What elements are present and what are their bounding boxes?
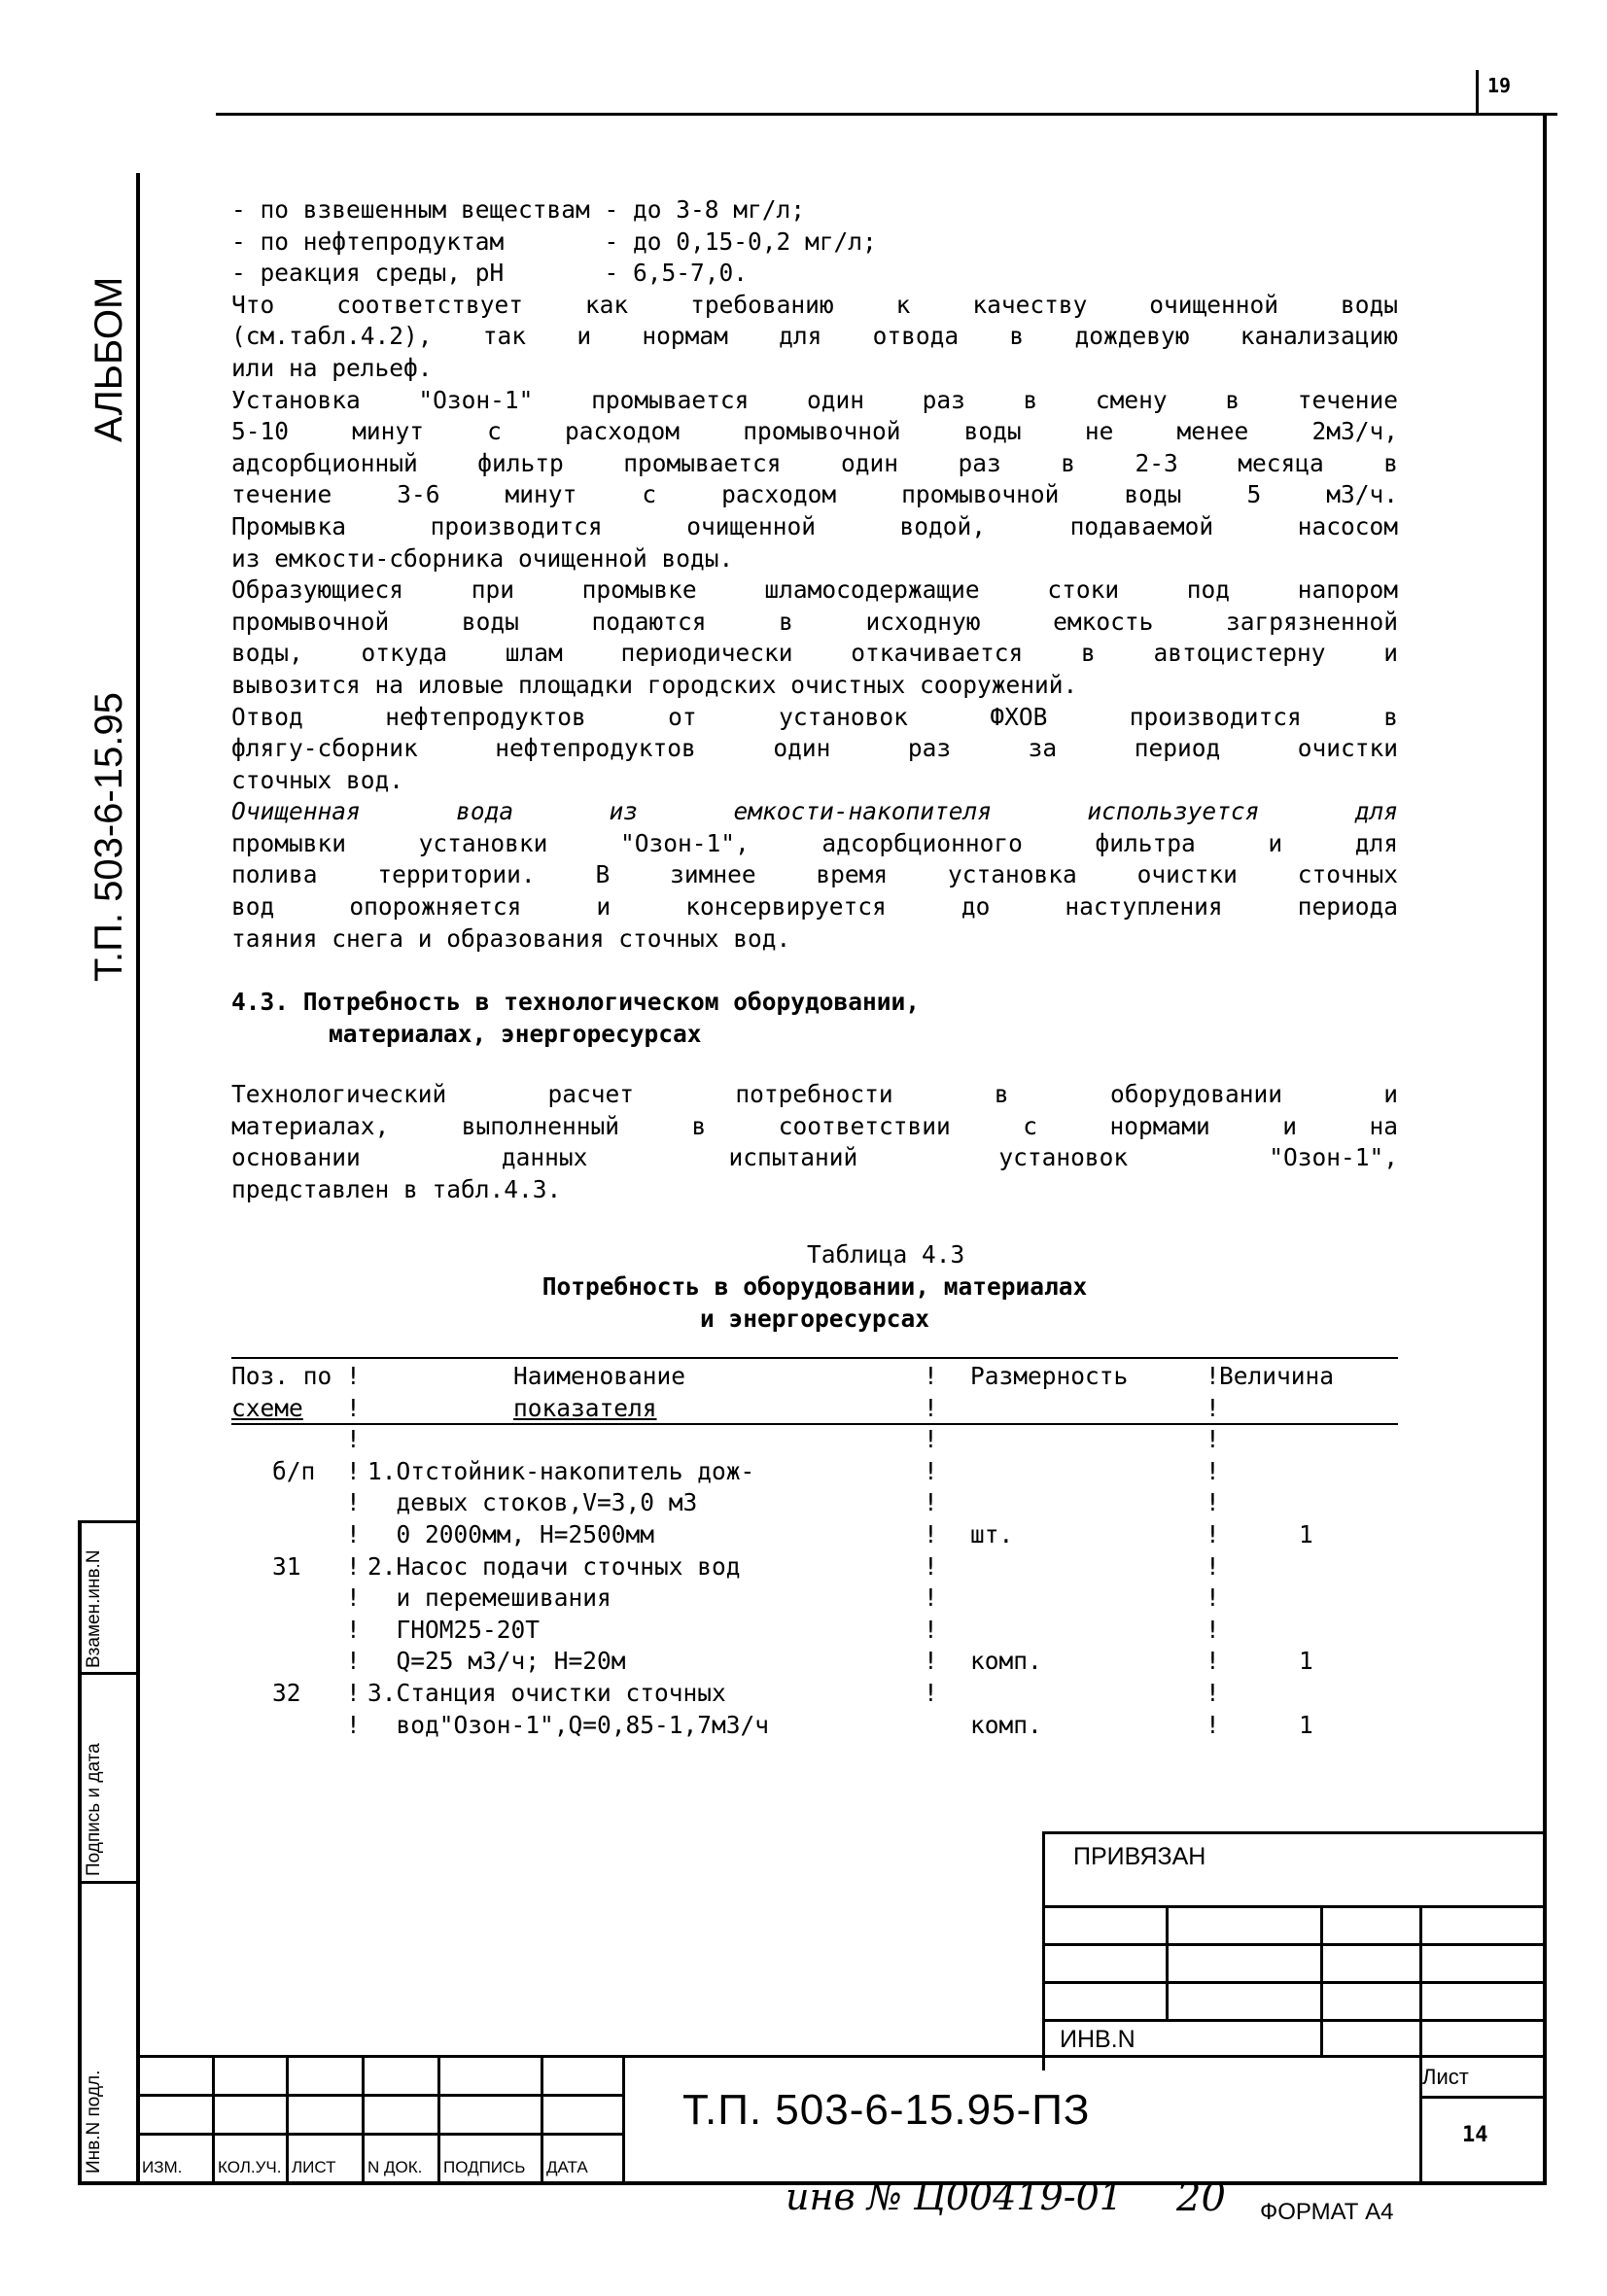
document-body: - по взвешенным веществам - до 3-8 мг/л;…: [231, 194, 1398, 955]
paragraph-line: Что соответствует как требованию к качес…: [231, 290, 1398, 322]
revision-column-label: ИЗМ.: [142, 2158, 182, 2177]
sheet-label: Лист: [1422, 2065, 1469, 2090]
cell-name: и перемешивания: [367, 1583, 611, 1615]
criteria-oil: - по нефтепродуктам - до 0,15-0,2 мг/л;: [231, 226, 1398, 259]
table-row: 32!3.Станция очистки сточных!!: [231, 1678, 1398, 1710]
cell-value: 1: [1299, 1710, 1313, 1742]
intro-line: представлен в табл.4.3.: [231, 1174, 1398, 1206]
cell-value: 1: [1299, 1519, 1313, 1551]
criteria-ph: - реакция среды, pH - 6,5-7,0.: [231, 258, 1398, 290]
cell-name: вод"Озон-1",Q=0,85-1,7м3/ч: [367, 1710, 769, 1742]
section-heading: 4.3. Потребность в технологическом обору…: [231, 987, 920, 1050]
paragraph-line: вывозится на иловые площадки городских о…: [231, 670, 1398, 702]
revision-column-label: КОЛ.УЧ.: [218, 2158, 281, 2177]
frame-right: [1543, 113, 1547, 2185]
cell-name: 1.Отстойник-накопитель дож-: [367, 1456, 754, 1488]
paragraph-line: Промывка производится очищенной водой, п…: [231, 511, 1398, 543]
paragraph-line: или на рельеф.: [231, 353, 1398, 385]
section-title-1: Потребность в технологическом оборудован…: [303, 988, 920, 1016]
table-row: б/п!1.Отстойник-накопитель дож-!!: [231, 1456, 1398, 1488]
revision-column-label: ДАТА: [546, 2158, 588, 2177]
intro-paragraph: Технологический расчет потребности в обо…: [231, 1079, 1398, 1205]
intro-line: материалах, выполненный в соответствии с…: [231, 1111, 1398, 1143]
paragraph-line: (см.табл.4.2), так и нормам для отвода в…: [231, 321, 1398, 353]
header-value: Величина: [1219, 1361, 1334, 1393]
paragraph-line: промывочной воды подаются в исходную емк…: [231, 607, 1398, 639]
revision-column-label: ЛИСТ: [292, 2158, 335, 2177]
section-title-2: материалах, энергоресурсах: [231, 1019, 920, 1051]
paragraph-line: 5-10 минут с расходом промывочной воды н…: [231, 416, 1398, 448]
intro-line: Технологический расчет потребности в обо…: [231, 1079, 1398, 1111]
cell-pos: 32: [272, 1678, 301, 1710]
handwritten-inventory: инв № Ц00419-01: [786, 2175, 1123, 2218]
equipment-table: Поз. по ! Наименование ! Размерность ! В…: [231, 1361, 1398, 1741]
paragraph-line: сточных вод.: [231, 765, 1398, 797]
cell-name: 0 2000мм, H=2500мм: [367, 1519, 654, 1551]
sheet-number: 14: [1462, 2123, 1488, 2147]
album-label: АЛЬБОМ: [87, 277, 131, 442]
revision-column-label: ПОДПИСЬ: [443, 2158, 525, 2177]
table-row: ! девых стоков,V=3,0 м3!!: [231, 1487, 1398, 1519]
album-code: Т.П. 503-6-15.95: [87, 692, 131, 982]
revision-column-label: N ДОК.: [367, 2158, 422, 2177]
table-row: ! 0 2000мм, H=2500мм!!шт.1: [231, 1519, 1398, 1551]
intro-line: основании данных испытаний установок "Оз…: [231, 1142, 1398, 1174]
table-header-row-2: схеме ! показателя ! !: [231, 1393, 1398, 1425]
section-number: 4.3.: [231, 988, 289, 1016]
cell-name: Q=25 м3/ч; H=20м: [367, 1646, 626, 1678]
cell-name: девых стоков,V=3,0 м3: [367, 1487, 697, 1519]
paragraph-line: воды, откуда шлам периодически откачивае…: [231, 638, 1398, 670]
paragraph-line: Установка "Озон-1" промывается один раз …: [231, 385, 1398, 417]
header-pos-2: схеме: [231, 1393, 303, 1425]
paragraph-line: адсорбционный фильтр промывается один ра…: [231, 448, 1398, 480]
handwritten-number: 20: [1176, 2175, 1226, 2220]
stamp-label: ПРИВЯЗАН: [1073, 1843, 1205, 1871]
header-unit: Размерность: [970, 1361, 1128, 1393]
cell-unit: комп.: [970, 1710, 1042, 1742]
field-signature-date: Подпись и дата: [84, 1743, 105, 1876]
cell-pos: 31: [272, 1551, 301, 1583]
paragraph-line: из емкости-сборника очищенной воды.: [231, 543, 1398, 575]
cell-unit: комп.: [970, 1646, 1042, 1678]
paragraph-line: полива территории. В зимнее время устано…: [231, 859, 1398, 891]
header-pos: Поз. по: [231, 1361, 332, 1393]
header-name: Наименование: [513, 1361, 685, 1393]
paragraph-line: Образующиеся при промывке шламосодержащи…: [231, 574, 1398, 607]
cell-name: 2.Насос подачи сточных вод: [367, 1551, 741, 1583]
paragraph-line: Очищенная вода из емкости-накопителя исп…: [231, 796, 1398, 828]
criteria-suspended: - по взвешенным веществам - до 3-8 мг/л;: [231, 194, 1398, 226]
table-row: ! вод"Озон-1",Q=0,85-1,7м3/ч!комп.1: [231, 1710, 1398, 1742]
table-row: ! ГНОМ25-20Т!!: [231, 1615, 1398, 1647]
table-row: ! и перемешивания!!: [231, 1583, 1398, 1615]
table-header-row: Поз. по ! Наименование ! Размерность ! В…: [231, 1361, 1398, 1393]
header-name-2: показателя: [513, 1393, 657, 1425]
cell-name: ГНОМ25-20Т: [367, 1615, 540, 1647]
cell-value: 1: [1299, 1646, 1313, 1678]
table-title-1: Потребность в оборудовании, материалах: [231, 1271, 1398, 1304]
format-label: ФОРМАТ А4: [1260, 2199, 1393, 2226]
field-replaced-inv: Взамен.инв.N: [84, 1549, 105, 1668]
paragraph-line: Отвод нефтепродуктов от установок ФХОВ п…: [231, 702, 1398, 734]
paragraph-line: флягу-сборник нефтепродуктов один раз за…: [231, 733, 1398, 765]
paragraph-line: таяния снега и образования сточных вод.: [231, 923, 1398, 956]
cell-pos: б/п: [272, 1456, 315, 1488]
paragraph-line: промывки установки "Озон-1", адсорбционн…: [231, 828, 1398, 860]
field-inv-original: Инв.N подл.: [84, 2070, 105, 2174]
inv-label: ИНВ.N: [1060, 2026, 1135, 2054]
paragraph-line: вод опорожняется и консервируется до нас…: [231, 891, 1398, 923]
paragraph-line: течение 3-6 минут с расходом промывочной…: [231, 479, 1398, 511]
table-caption: Таблица 4.3: [807, 1240, 964, 1269]
cell-unit: шт.: [970, 1519, 1013, 1551]
cell-name: 3.Станция очистки сточных: [367, 1678, 726, 1710]
table-row: 31!2.Насос подачи сточных вод!!: [231, 1551, 1398, 1583]
table-title: Потребность в оборудовании, материалах и…: [231, 1271, 1398, 1335]
table-row: ! Q=25 м3/ч; H=20м!!комп.1: [231, 1646, 1398, 1678]
document-code: Т.П. 503-6-15.95-ПЗ: [682, 2086, 1090, 2135]
table-title-2: и энергоресурсах: [231, 1304, 1398, 1336]
page-number: 19: [1487, 74, 1511, 97]
